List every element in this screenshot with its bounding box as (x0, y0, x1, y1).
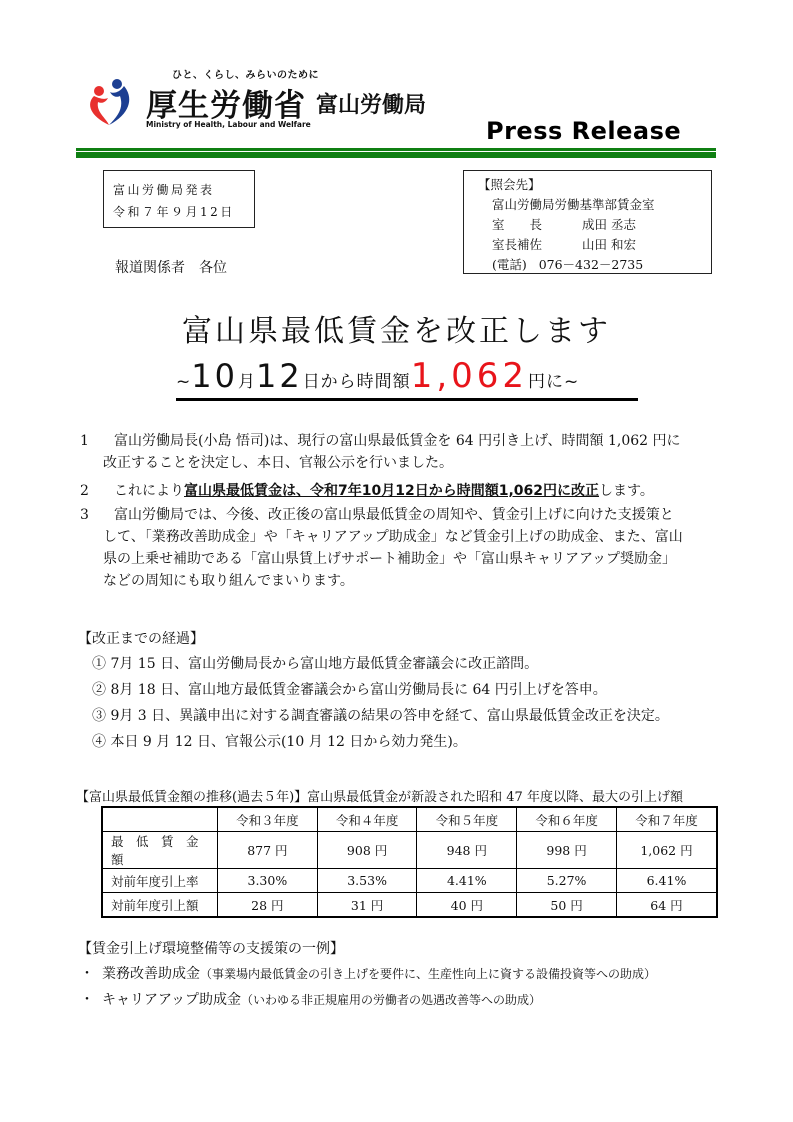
table-row: 最 低 賃 金 額 877 円 908 円 948 円 998 円 1,062 … (102, 832, 717, 869)
paragraph-text: 富山労働局では、今後、改正後の富山県最低賃金の周知や、賃金引上げに向けた支援策と (114, 507, 674, 523)
subtitle-day: 12 (256, 357, 303, 395)
paragraph-number: 2 (80, 480, 114, 502)
bureau-name: 富山労働局 (316, 88, 426, 119)
table-cell: 908 円 (317, 832, 417, 869)
support-name: キャリアアップ助成金 (102, 992, 241, 1008)
contact-name: 成田 丞志 (582, 217, 636, 232)
header-divider-thin (76, 148, 716, 151)
subtitle-tilde: ~ (176, 372, 191, 392)
contact-role: 室長補佐 (492, 235, 582, 255)
issuer: 富山労働局発表 (113, 179, 254, 201)
contact-person: 室 長成田 丞志 (478, 215, 711, 235)
table-cell: 28 円 (218, 893, 318, 918)
subtitle-amount: 1,062 (411, 356, 528, 396)
table-caption: 【富山県最低賃金額の推移(過去５年)】富山県最低賃金が新設された昭和 47 年度… (76, 786, 683, 805)
table-cell: 998 円 (517, 832, 617, 869)
row-label: 最 低 賃 金 額 (102, 832, 218, 869)
ministry-name-jp: 厚生労働省 (146, 80, 306, 125)
issue-date: 令和７年９月12日 (113, 201, 254, 223)
table-cell: 5.27% (517, 869, 617, 893)
subtitle-suffix: 円に~ (528, 372, 579, 392)
mhlw-logo (84, 78, 134, 128)
page-title: 富山県最低賃金を改正します (0, 306, 793, 350)
table-header-cell: 令和４年度 (317, 807, 417, 832)
paragraph-text: して、「業務改善助成金」や「キャリアアップ助成金」など賃金引上げの助成金、また、… (80, 526, 720, 548)
bullet-icon: ・ (80, 963, 102, 983)
support-title: 【賃金引上げ環境整備等の支援策の一例】 (78, 938, 344, 958)
paragraph-text: 県の上乗せ補助である「富山県賃上げサポート補助金」や「富山県キャリアアップ奨励金… (80, 548, 720, 570)
emphasized-text: 富山県最低賃金は、令和7年10月12日から時間額1,062円に改正 (184, 483, 599, 499)
paragraph-text: 改正することを決定し、本日、官報公示を行いました。 (80, 452, 720, 474)
phone-label: (電話) (492, 257, 527, 272)
page-subtitle: ~10月12日から時間額1,062円に~ (176, 356, 638, 401)
heart-people-icon (84, 78, 134, 128)
table-row: 対前年度引上率 3.30% 3.53% 4.41% 5.27% 6.41% (102, 869, 717, 893)
tagline: ひと、くらし、みらいのために (172, 66, 319, 81)
support-item: ・キャリアアップ助成金（いわゆる非正規雇用の労働者の処遇改善等への助成） (80, 989, 541, 1009)
table-cell: 877 円 (218, 832, 318, 869)
row-label: 対前年度引上額 (102, 893, 218, 918)
paragraph-text: します。 (599, 483, 654, 499)
table-cell: 40 円 (417, 893, 517, 918)
paragraph-text: などの周知にも取り組んでまいります。 (80, 570, 720, 592)
support-item: ・業務改善助成金（事業場内最低賃金の引き上げを要件に、生産性向上に資する設備投資… (80, 963, 656, 983)
subtitle-month: 10 (191, 357, 238, 395)
table-cell: 948 円 (417, 832, 517, 869)
table-cell: 4.41% (417, 869, 517, 893)
phone-number: 076－432－2735 (539, 257, 644, 272)
wage-history-table: 令和３年度 令和４年度 令和５年度 令和６年度 令和７年度 最 低 賃 金 額 … (101, 806, 718, 918)
support-name: 業務改善助成金 (102, 966, 200, 982)
history-step: ③ 9月 3 日、異議申出に対する調査審議の結果の答申を経て、富山県最低賃金改正… (92, 705, 669, 725)
table-header-row: 令和３年度 令和４年度 令和５年度 令和６年度 令和７年度 (102, 807, 717, 832)
paragraph-3: 3富山労働局では、今後、改正後の富山県最低賃金の周知や、賃金引上げに向けた支援策… (80, 504, 720, 592)
contact-person: 室長補佐山田 和宏 (478, 235, 711, 255)
table-cell: 64 円 (616, 893, 717, 918)
contact-heading: 【照会先】 (478, 175, 711, 195)
paragraph-text: これにより (114, 483, 184, 499)
recipients: 報道関係者 各位 (115, 257, 227, 277)
bullet-icon: ・ (80, 989, 102, 1009)
subtitle-month-unit: 月 (238, 372, 256, 392)
table-cell: 1,062 円 (616, 832, 717, 869)
support-note: （事業場内最低賃金の引き上げを要件に、生産性向上に資する設備投資等への助成） (200, 967, 656, 981)
table-header-cell: 令和５年度 (417, 807, 517, 832)
paragraph-text: 富山労働局長(小島 悟司)は、現行の富山県最低賃金を 64 円引き上げ、時間額 … (114, 433, 681, 449)
history-step: ① 7月 15 日、富山労働局長から富山地方最低賃金審議会に改正諮問。 (92, 653, 538, 673)
contact-role: 室 長 (492, 215, 582, 235)
history-title: 【改正までの経過】 (78, 628, 204, 648)
table-cell: 3.30% (218, 869, 318, 893)
contact-name: 山田 和宏 (582, 237, 636, 252)
press-release-label: Press Release (486, 117, 681, 145)
announcement-box: 富山労働局発表 令和７年９月12日 (103, 170, 255, 228)
paragraph-number: 1 (80, 430, 114, 452)
support-note: （いわゆる非正規雇用の労働者の処遇改善等への助成） (241, 993, 541, 1007)
header-divider-thick (76, 152, 716, 158)
paragraph-1: 1富山労働局長(小島 悟司)は、現行の富山県最低賃金を 64 円引き上げ、時間額… (80, 430, 720, 474)
table-row: 対前年度引上額 28 円 31 円 40 円 50 円 64 円 (102, 893, 717, 918)
table-header-cell: 令和３年度 (218, 807, 318, 832)
history-step: ② 8月 18 日、富山地方最低賃金審議会から富山労働局長に 64 円引上げを答… (92, 679, 607, 699)
contact-office: 富山労働局労働基準部賃金室 (478, 195, 711, 215)
table-cell: 3.53% (317, 869, 417, 893)
row-label: 対前年度引上率 (102, 869, 218, 893)
history-step: ④ 本日 9 月 12 日、官報公示(10 月 12 日から効力発生)。 (92, 731, 467, 751)
table-header-cell (102, 807, 218, 832)
table-header-cell: 令和７年度 (616, 807, 717, 832)
contact-phone: (電話) 076－432－2735 (478, 255, 711, 275)
contact-box: 【照会先】 富山労働局労働基準部賃金室 室 長成田 丞志 室長補佐山田 和宏 (… (463, 170, 712, 274)
table-cell: 31 円 (317, 893, 417, 918)
ministry-name-en: Ministry of Health, Labour and Welfare (146, 120, 311, 129)
paragraph-number: 3 (80, 504, 114, 526)
subtitle-mid: 日から時間額 (303, 372, 411, 392)
table-cell: 6.41% (616, 869, 717, 893)
table-header-cell: 令和６年度 (517, 807, 617, 832)
table-cell: 50 円 (517, 893, 617, 918)
paragraph-2: 2これにより富山県最低賃金は、令和7年10月12日から時間額1,062円に改正し… (80, 480, 720, 502)
